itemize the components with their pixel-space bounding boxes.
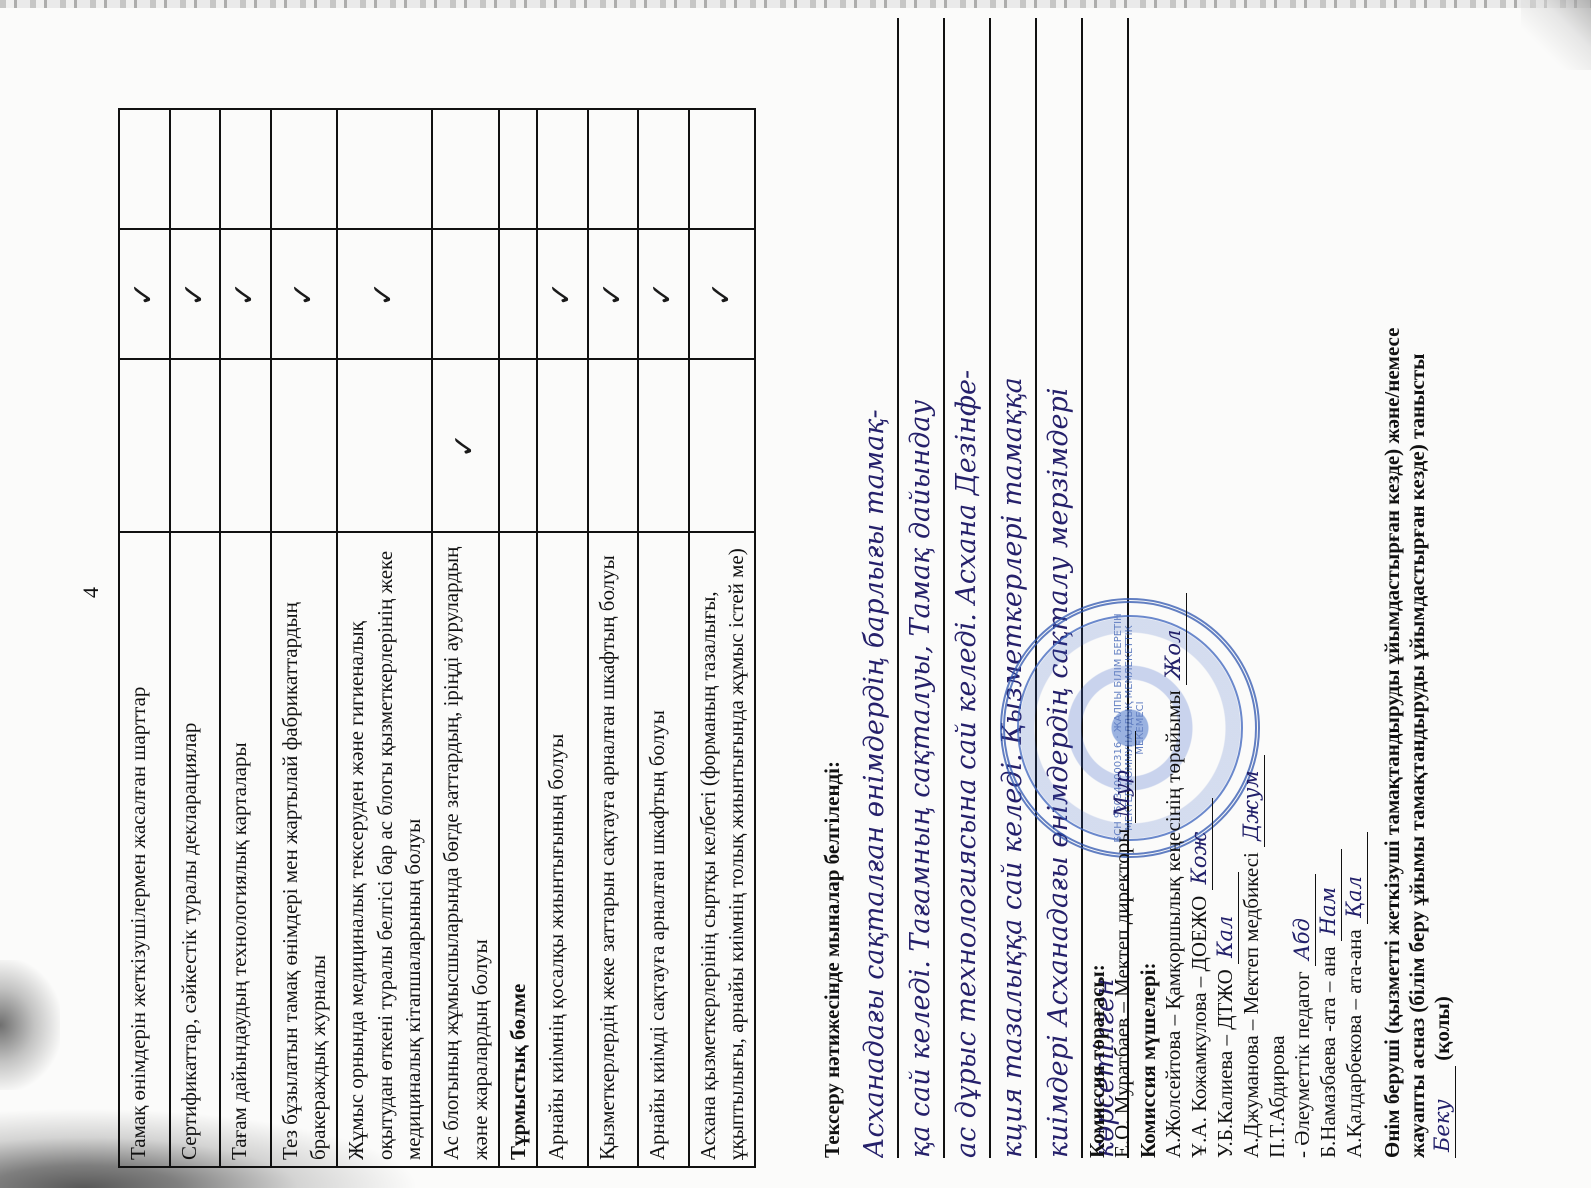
chair-signature: Мур: [1110, 731, 1136, 823]
member-name: У.Б.Калиева – ДТЖО: [1213, 969, 1237, 1158]
acknowledgement-footer: Өнім беруші (қызметті жеткізуші тамақтан…: [1380, 38, 1456, 1158]
check-cell: [638, 109, 689, 229]
commission-member: - Әлеуметтік педагог Абд: [1290, 258, 1316, 1158]
member-signature: Нам: [1316, 849, 1342, 941]
member-signature: Кал: [1213, 872, 1239, 964]
handwritten-line: ас дұрыс технологиясына сай келеді. Асха…: [945, 18, 991, 1158]
row-label: Тұрмыстық бөлме: [499, 532, 537, 1167]
check-cell: ✓: [220, 229, 271, 359]
check-cell: ✓: [689, 229, 756, 359]
row-label: Арнайы киімнің қосалқы жиынтығының болуы: [537, 532, 588, 1167]
table-row: Тағам дайындаудың технологиялық карталар…: [220, 109, 271, 1167]
check-cell: ✓: [638, 229, 689, 359]
page-number: 4: [78, 587, 104, 598]
check-cell: ✓: [588, 229, 639, 359]
check-cell: [220, 109, 271, 229]
table-row: Арнайы киімді сақтауға арналған шкафтың …: [638, 109, 689, 1167]
inspection-checklist-table: Тамақ өнімдерін жеткізушілермен жасалған…: [118, 108, 756, 1168]
commission-member: Ұ.А. Кожамкулова – ДОЕЖО Кож: [1187, 258, 1213, 1158]
footer-signature: Беку: [1430, 1066, 1456, 1158]
check-cell: [588, 359, 639, 531]
member-signature: Жол: [1161, 593, 1187, 685]
commission-block: Комиссия төрағасы: Е.О. Муратбаев – Мект…: [1085, 258, 1368, 1158]
check-cell: [499, 229, 537, 359]
check-cell: ✓: [170, 229, 221, 359]
member-signature: Абд: [1290, 874, 1316, 966]
check-cell: [337, 109, 432, 229]
check-cell: [271, 359, 338, 531]
row-label: Сертификаттар, сәйкестік туралы декларац…: [170, 532, 221, 1167]
check-cell: [170, 109, 221, 229]
check-cell: [337, 359, 432, 531]
member-name: П.Т.Абдирова: [1265, 1035, 1289, 1158]
check-cell: ✓: [537, 229, 588, 359]
check-cell: [537, 109, 588, 229]
chair-heading: Комиссия төрағасы:: [1085, 964, 1109, 1158]
row-label: Қызметкерлердің жеке заттарын сақтауға а…: [588, 532, 639, 1167]
handwritten-line: Асханадағы сақталған өнімдердің барлығы …: [853, 18, 899, 1158]
row-label: Жұмыс орнында медициналық тексеруден жән…: [337, 532, 432, 1167]
inspection-results: Тексеру нәтижесінде мыналар белгіленді: …: [820, 18, 1129, 1158]
check-cell: [499, 109, 537, 229]
table-row: Тұрмыстық бөлме: [499, 109, 537, 1167]
check-cell: ✓: [119, 229, 170, 359]
check-cell: [638, 359, 689, 531]
table-row: Асхана қызметкерлерінің сыртқы келбеті (…: [689, 109, 756, 1167]
check-cell: ✓: [271, 229, 338, 359]
footer-line2: жауапты асназ (білім беру ұйымы тамақтан…: [1405, 353, 1429, 1158]
commission-member: У.Б.Калиева – ДТЖО Кал: [1213, 258, 1239, 1158]
row-label: Арнайы киімді сақтауға арналған шкафтың …: [638, 532, 689, 1167]
check-cell: ✓: [337, 229, 432, 359]
member-signature: Кож: [1187, 798, 1213, 890]
table-row: Тез бұзылатын тамақ өнімдері мен жартыла…: [271, 109, 338, 1167]
commission-member: А.Қалдарбекова – ата-ана Қал: [1342, 258, 1368, 1158]
member-signature: Қал: [1342, 832, 1368, 924]
table-row: Сертификаттар, сәйкестік туралы декларац…: [170, 109, 221, 1167]
row-label: Тағам дайындаудың технологиялық карталар…: [220, 532, 271, 1167]
chair-line: Е.О. Муратбаев – Мектеп директоры Мур: [1110, 258, 1136, 1158]
row-label: Ас блогының жұмысшыларында бөгде заттард…: [432, 532, 499, 1167]
row-label: Асхана қызметкерлерінің сыртқы келбеті (…: [689, 532, 756, 1167]
table-row: Жұмыс орнында медициналық тексеруден жән…: [337, 109, 432, 1167]
check-cell: [689, 359, 756, 531]
table-row: Арнайы киімнің қосалқы жиынтығының болуы…: [537, 109, 588, 1167]
handwritten-line: киімдері Асханадағы өнімдердің сақталу м…: [1037, 18, 1083, 1158]
member-name: Б.Намазбаева -ата – ана: [1316, 947, 1340, 1159]
check-cell: [170, 359, 221, 531]
check-cell: [499, 359, 537, 531]
check-cell: [432, 109, 499, 229]
commission-members: А.Жолсейтова – Қамқоршылық кеңесінің төр…: [1161, 258, 1368, 1158]
member-name: А.Қалдарбекова – ата-ана: [1342, 929, 1366, 1158]
table-row: Қызметкерлердің жеке заттарын сақтауға а…: [588, 109, 639, 1167]
row-label: Тез бұзылатын тамақ өнімдері мен жартыла…: [271, 532, 338, 1167]
check-cell: [271, 109, 338, 229]
member-name: А.Джуманова – Мектеп медбикесі: [1239, 852, 1263, 1158]
table-row: Ас блогының жұмысшыларында бөгде заттард…: [432, 109, 499, 1167]
member-name: - Әлеуметтік педагог: [1290, 971, 1314, 1158]
document-page: 4 Тамақ өнімдерін жеткізушілермен жасалғ…: [0, 0, 1591, 1188]
results-heading: Тексеру нәтижесінде мыналар белгіленді:: [820, 18, 845, 1158]
member-signature: Джум: [1239, 755, 1265, 847]
table-row: Тамақ өнімдерін жеткізушілермен жасалған…: [119, 109, 170, 1167]
check-cell: [537, 359, 588, 531]
handwritten-line: қа сай келеді. Тағамның сақталуы, Тамақ …: [899, 18, 945, 1158]
sign-label: (қолы): [1430, 996, 1454, 1061]
footer-line1: Өнім беруші (қызметті жеткізуші тамақтан…: [1380, 328, 1404, 1158]
commission-member: Б.Намазбаева -ата – ана Нам: [1316, 258, 1342, 1158]
check-cell: [588, 109, 639, 229]
members-heading: Комиссия мүшелері:: [1136, 962, 1160, 1158]
handwritten-line: кция тазалыққа сай келеді. Қызметкерлері…: [991, 18, 1037, 1158]
check-cell: [689, 109, 756, 229]
check-cell: [432, 229, 499, 359]
commission-member: А.Джуманова – Мектеп медбикесі Джум: [1239, 258, 1265, 1158]
commission-member: А.Жолсейтова – Қамқоршылық кеңесінің төр…: [1161, 258, 1187, 1158]
member-name: Ұ.А. Кожамкулова – ДОЕЖО: [1187, 896, 1211, 1158]
check-cell: [119, 359, 170, 531]
commission-member: П.Т.Абдирова: [1265, 258, 1290, 1158]
member-name: А.Жолсейтова – Қамқоршылық кеңесінің төр…: [1161, 690, 1185, 1158]
row-label: Тамақ өнімдерін жеткізушілермен жасалған…: [119, 532, 170, 1167]
check-cell: [119, 109, 170, 229]
check-cell: ✓: [432, 359, 499, 531]
check-cell: [220, 359, 271, 531]
